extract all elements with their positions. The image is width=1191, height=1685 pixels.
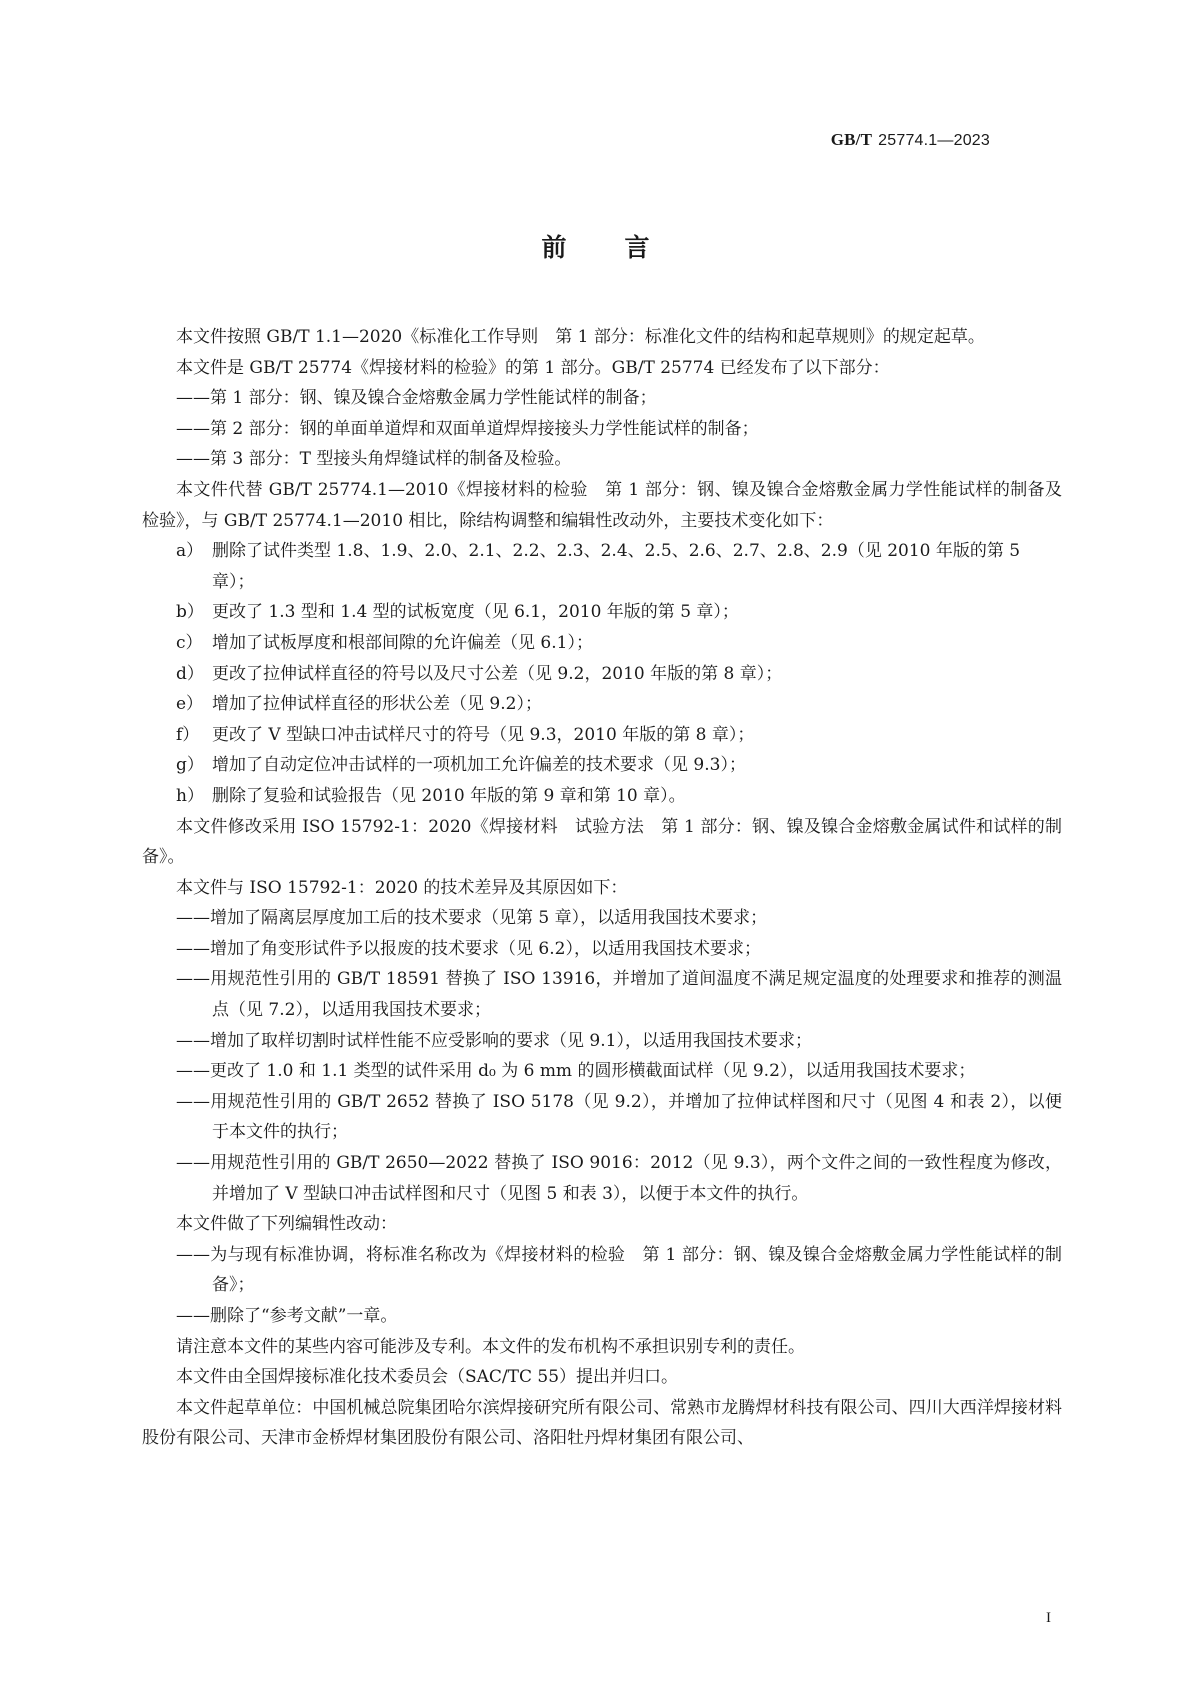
list-item-change: e）增加了拉伸试样直径的形状公差（见 9.2）； (142, 689, 1062, 720)
list-item-change: c）增加了试板厚度和根部间隙的允许偏差（见 6.1）； (142, 628, 1062, 659)
list-item-difference: ——增加了取样切割时试样性能不应受影响的要求（见 9.1），以适用我国技术要求； (142, 1026, 1062, 1057)
list-item-label: a） (176, 536, 212, 567)
list-item-text: 更改了拉伸试样直径的符号以及尺寸公差（见 9.2，2010 年版的第 8 章）； (212, 664, 782, 684)
list-item-difference: ——更改了 1.0 和 1.1 类型的试件采用 d₀ 为 6 mm 的圆形横截面… (142, 1056, 1062, 1087)
list-item-text: 增加了试板厚度和根部间隙的允许偏差（见 6.1）； (212, 633, 593, 653)
list-item-change: f）更改了 V 型缺口冲击试样尺寸的符号（见 9.3，2010 年版的第 8 章… (142, 720, 1062, 751)
list-item-label: b） (176, 597, 212, 628)
paragraph-iso-adoption: 本文件修改采用 ISO 15792-1：2020《焊接材料 试验方法 第 1 部… (142, 812, 1062, 873)
list-item-difference: ——用规范性引用的 GB/T 18591 替换了 ISO 13916，并增加了道… (142, 964, 1062, 1025)
paragraph-series-intro: 本文件是 GB/T 25774《焊接材料的检验》的第 1 部分。GB/T 257… (142, 353, 1062, 384)
list-item-label: f） (176, 720, 212, 751)
list-item-editorial: ——删除了“参考文献”一章。 (142, 1301, 1062, 1332)
paragraph-differences-intro: 本文件与 ISO 15792-1：2020 的技术差异及其原因如下： (142, 873, 1062, 904)
paragraph-replaces: 本文件代替 GB/T 25774.1—2010《焊接材料的检验 第 1 部分：钢… (142, 475, 1062, 536)
list-item-text: 增加了自动定位冲击试样的一项机加工允许偏差的技术要求（见 9.3）； (212, 755, 746, 775)
list-item-text: 更改了 1.3 型和 1.4 型的试板宽度（见 6.1，2010 年版的第 5 … (212, 602, 739, 622)
paragraph-drafting-rules: 本文件按照 GB/T 1.1—2020《标准化工作导则 第 1 部分：标准化文件… (142, 322, 1062, 353)
list-item-change: d）更改了拉伸试样直径的符号以及尺寸公差（见 9.2，2010 年版的第 8 章… (142, 659, 1062, 690)
list-item-part: ——第 1 部分：钢、镍及镍合金熔敷金属力学性能试样的制备； (142, 383, 1062, 414)
list-item-label: g） (176, 750, 212, 781)
document-code-number: 25774.1—2023 (878, 132, 990, 149)
list-item-difference: ——增加了隔离层厚度加工后的技术要求（见第 5 章），以适用我国技术要求； (142, 903, 1062, 934)
list-item-text: 删除了复验和试验报告（见 2010 年版的第 9 章和第 10 章）。 (212, 786, 686, 806)
list-item-editorial: ——为与现有标准协调，将标准名称改为《焊接材料的检验 第 1 部分：钢、镍及镍合… (142, 1240, 1062, 1301)
list-item-difference: ——增加了角变形试件予以报废的技术要求（见 6.2），以适用我国技术要求； (142, 934, 1062, 965)
list-item-change: g）增加了自动定位冲击试样的一项机加工允许偏差的技术要求（见 9.3）； (142, 750, 1062, 781)
list-item-difference: ——用规范性引用的 GB/T 2652 替换了 ISO 5178（见 9.2），… (142, 1087, 1062, 1148)
list-item-part: ——第 2 部分：钢的单面单道焊和双面单道焊焊接接头力学性能试样的制备； (142, 414, 1062, 445)
list-item-label: d） (176, 659, 212, 690)
paragraph-patent-notice: 请注意本文件的某些内容可能涉及专利。本文件的发布机构不承担识别专利的责任。 (142, 1332, 1062, 1363)
document-code-prefix: GB/T (831, 130, 872, 149)
list-item-label: c） (176, 628, 212, 659)
list-item-label: h） (176, 781, 212, 812)
paragraph-drafting-units: 本文件起草单位：中国机械总院集团哈尔滨焊接研究所有限公司、常熟市龙腾焊材科技有限… (142, 1393, 1062, 1454)
list-item-part: ——第 3 部分：T 型接头角焊缝试样的制备及检验。 (142, 444, 1062, 475)
document-code: GB/T25774.1—2023 (831, 130, 990, 150)
list-item-label: e） (176, 689, 212, 720)
list-item-change: b）更改了 1.3 型和 1.4 型的试板宽度（见 6.1，2010 年版的第 … (142, 597, 1062, 628)
list-item-text: 更改了 V 型缺口冲击试样尺寸的符号（见 9.3，2010 年版的第 8 章）； (212, 725, 754, 745)
paragraph-editorial-intro: 本文件做了下列编辑性改动： (142, 1209, 1062, 1240)
list-item-text: 增加了拉伸试样直径的形状公差（见 9.2）； (212, 694, 542, 714)
list-item-difference: ——用规范性引用的 GB/T 2650—2022 替换了 ISO 9016：20… (142, 1148, 1062, 1209)
list-item-text: 删除了试件类型 1.8、1.9、2.0、2.1、2.2、2.3、2.4、2.5、… (212, 541, 1020, 592)
foreword-body: 本文件按照 GB/T 1.1—2020《标准化工作导则 第 1 部分：标准化文件… (142, 322, 1062, 1454)
page-title: 前言 (0, 228, 1191, 264)
list-item-change: a）删除了试件类型 1.8、1.9、2.0、2.1、2.2、2.3、2.4、2.… (142, 536, 1062, 597)
paragraph-committee: 本文件由全国焊接标准化技术委员会（SAC/TC 55）提出并归口。 (142, 1362, 1062, 1393)
list-item-change: h）删除了复验和试验报告（见 2010 年版的第 9 章和第 10 章）。 (142, 781, 1062, 812)
page-number: I (1046, 1610, 1051, 1627)
